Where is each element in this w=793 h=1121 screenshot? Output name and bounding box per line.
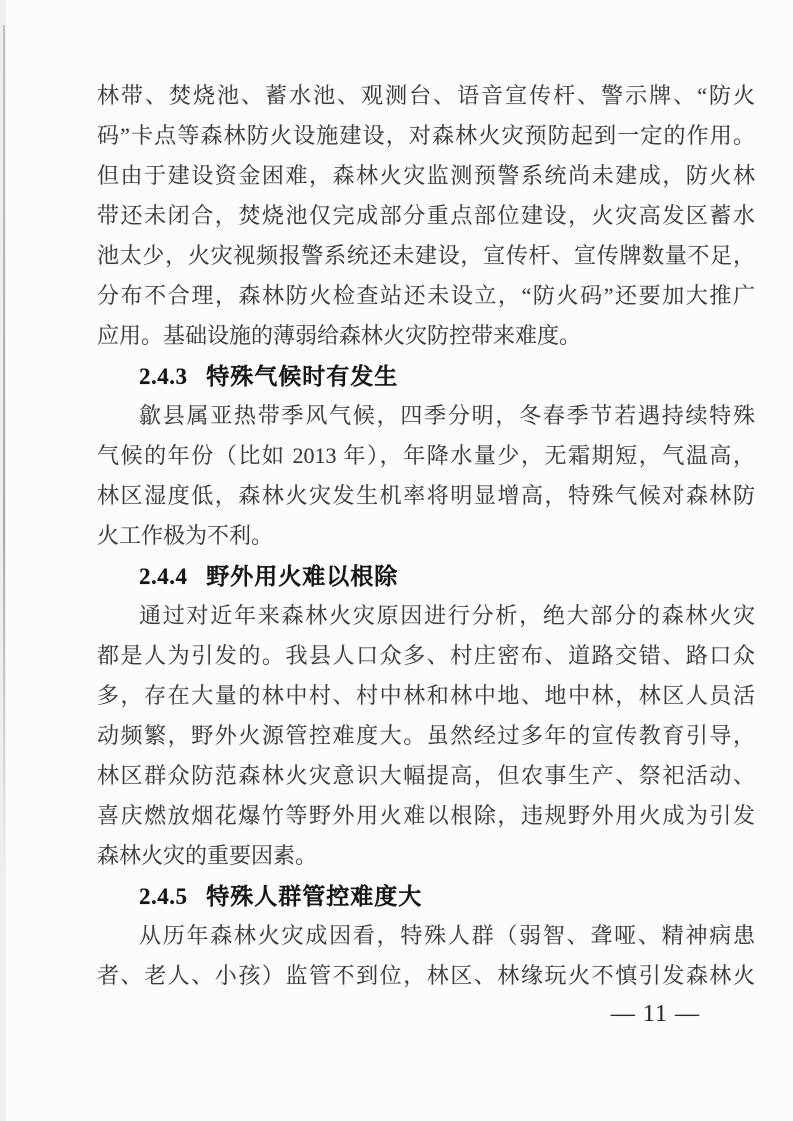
section-heading-2-4-3: 2.4.3 特殊气候时有发生 bbox=[97, 356, 755, 396]
text-line: 应用。基础设施的薄弱给森林火灾防控带来难度。 bbox=[97, 316, 755, 356]
text-line: 从历年森林火灾成因看，特殊人群（弱智、聋哑、精神病患 bbox=[97, 916, 755, 956]
text-line: 林区湿度低，森林火灾发生机率将明显增高，特殊气候对森林防 bbox=[97, 476, 755, 516]
section-number: 2.4.4 bbox=[139, 564, 188, 589]
text-line: 分布不合理，森林防火检查站还未设立，“防火码”还要加大推广 bbox=[97, 276, 755, 316]
section-heading-2-4-5: 2.4.5 特殊人群管控难度大 bbox=[97, 876, 755, 916]
text-line: 带还未闭合，焚烧池仅完成部分重点部位建设，火灾高发区蓄水 bbox=[97, 196, 755, 236]
text-line: 气候的年份（比如 2013 年），年降水量少，无霜期短，气温高， bbox=[97, 436, 755, 476]
text-line: 歙县属亚热带季风气候，四季分明，冬春季节若遇持续特殊 bbox=[97, 396, 755, 436]
text-line: 码”卡点等森林防火设施建设，对森林火灾预防起到一定的作用。 bbox=[97, 116, 755, 156]
text-line: 林带、焚烧池、蓄水池、观测台、语音宣传杆、警示牌、“防火 bbox=[97, 76, 755, 116]
text-line: 林区群众防范森林火灾意识大幅提高，但农事生产、祭祀活动、 bbox=[97, 756, 755, 796]
scan-edge-line bbox=[3, 25, 5, 870]
section-title: 野外用火难以根除 bbox=[206, 563, 398, 589]
text-line: 通过对近年来森林火灾原因进行分析，绝大部分的森林火灾 bbox=[97, 596, 755, 636]
document-body: 林带、焚烧池、蓄水池、观测台、语音宣传杆、警示牌、“防火 码”卡点等森林防火设施… bbox=[97, 76, 755, 1029]
text-line: 都是人为引发的。我县人口众多、村庄密布、道路交错、路口众 bbox=[97, 636, 755, 676]
section-number: 2.4.3 bbox=[139, 364, 188, 389]
document-page: 林带、焚烧池、蓄水池、观测台、语音宣传杆、警示牌、“防火 码”卡点等森林防火设施… bbox=[0, 0, 793, 1121]
text-line: 池太少，火灾视频报警系统还未建设，宣传杆、宣传牌数量不足， bbox=[97, 236, 755, 276]
page-number: — 11 — bbox=[97, 999, 755, 1029]
section-title: 特殊人群管控难度大 bbox=[206, 883, 422, 909]
section-number: 2.4.5 bbox=[139, 884, 188, 909]
text-line: 动频繁，野外火源管控难度大。虽然经过多年的宣传教育引导， bbox=[97, 716, 755, 756]
text-line: 森林火灾的重要因素。 bbox=[97, 836, 755, 876]
section-heading-2-4-4: 2.4.4 野外用火难以根除 bbox=[97, 556, 755, 596]
text-line: 火工作极为不利。 bbox=[97, 516, 755, 556]
text-line: 但由于建设资金困难，森林火灾监测预警系统尚未建成，防火林 bbox=[97, 156, 755, 196]
text-line: 喜庆燃放烟花爆竹等野外用火难以根除，违规野外用火成为引发 bbox=[97, 796, 755, 836]
section-title: 特殊气候时有发生 bbox=[206, 363, 398, 389]
text-line: 多，存在大量的林中村、村中林和林中地、地中林，林区人员活 bbox=[97, 676, 755, 716]
text-line: 者、老人、小孩）监管不到位，林区、林缘玩火不慎引发森林火 bbox=[97, 956, 755, 996]
